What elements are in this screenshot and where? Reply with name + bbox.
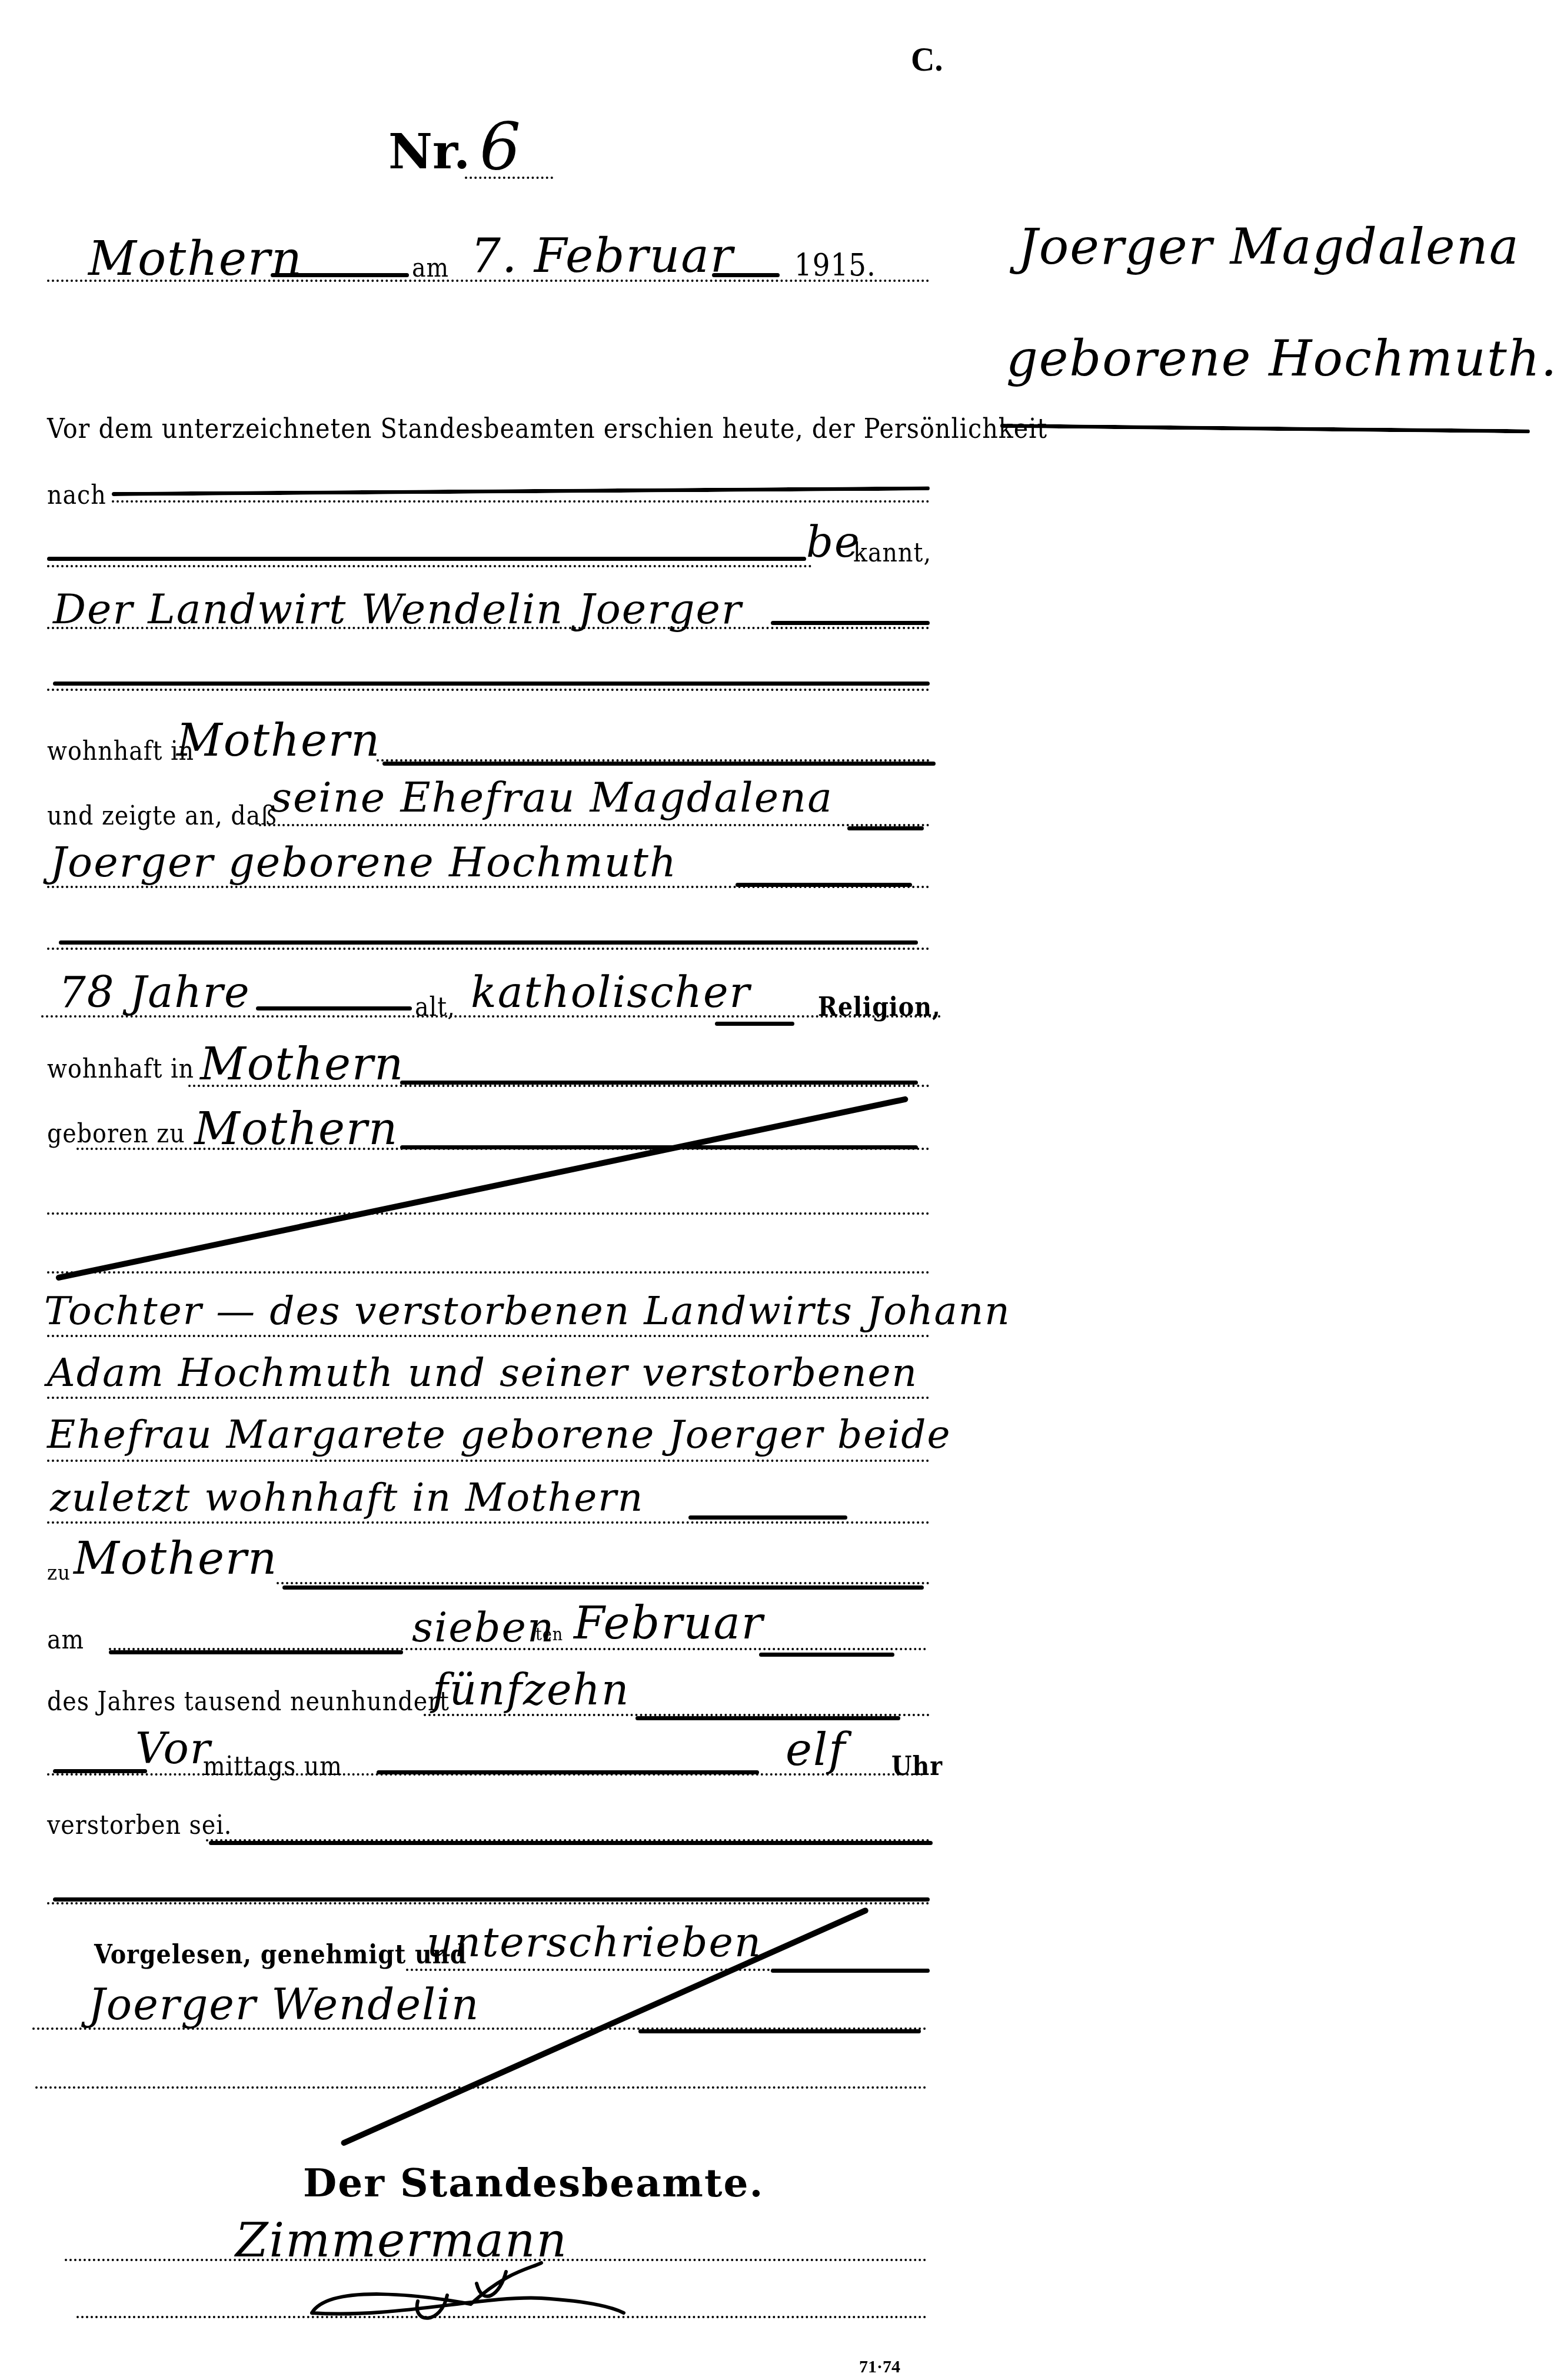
vorgelesen-value: unterschrieben: [427, 1922, 762, 1963]
nach-rule: [112, 486, 930, 496]
blank-dotted-line-6: [35, 2086, 927, 2089]
header-am-label: am: [412, 255, 449, 281]
zu-label: zu: [47, 1563, 71, 1584]
informant-signature: Joerger Wendelin: [88, 1983, 480, 2026]
bekannt-label: kannt,: [853, 540, 931, 566]
blank-dotted-line-5: [47, 1902, 930, 1904]
death-hour: elf: [786, 1727, 846, 1772]
mittags-rule-left: [53, 1769, 147, 1773]
birthplace: Mothern: [194, 1106, 398, 1151]
deceased-rule: [736, 883, 912, 887]
informant-residence: Mothern: [177, 718, 381, 763]
informant-signature-rule: [638, 2029, 921, 2033]
parents-dotted-line-3: [47, 1460, 930, 1462]
wohnhaft-rule: [382, 762, 936, 766]
wohnhaft-label: wohnhaft in: [47, 739, 194, 764]
wohnhaft2-label: wohnhaft in: [47, 1056, 194, 1082]
religion-value: katholischer: [471, 971, 751, 1013]
zeigte-dotted-line: [259, 824, 930, 826]
parents-line1: Tochter — des verstorbenen Landwirts Joh…: [44, 1292, 1011, 1331]
death-year-words: fünfzehn: [432, 1668, 630, 1711]
form-number: 71·74: [859, 2357, 900, 2377]
death-am-label: am: [47, 1627, 84, 1653]
vorgelesen-rule: [771, 1969, 930, 1973]
margin-note-line1: Joerger Magdalena: [1018, 218, 1520, 275]
parents-line3: Ehefrau Margarete geborene Joerger beide: [47, 1415, 951, 1454]
nach-label: nach: [47, 483, 107, 508]
age: 78 Jahre: [59, 971, 251, 1013]
bekannt-prefix: be: [806, 521, 861, 563]
deceased-residence: Mothern: [200, 1042, 404, 1086]
parents-dotted-line-1: [47, 1335, 930, 1337]
death-day: sieben: [412, 1607, 555, 1648]
form-letter: C.: [911, 41, 943, 79]
margin-note-underline: [1000, 424, 1530, 433]
nach-dotted-line: [112, 500, 930, 503]
uhr-label: Uhr: [891, 1754, 943, 1780]
ten-label: ten: [535, 1624, 563, 1645]
parents-line4: zuletzt wohnhaft in Mothern: [50, 1478, 644, 1517]
deceased-line1: seine Ehefrau Magdalena: [271, 777, 833, 818]
age-rule: [256, 1006, 412, 1010]
record-number-label: Nr.: [388, 124, 470, 180]
deceased-line2: Joerger geborene Hochmuth: [50, 842, 677, 883]
parents-line2: Adam Hochmuth und seiner verstorbenen: [47, 1354, 918, 1392]
zeigte-rule: [847, 826, 924, 830]
religion-label: Religion,: [818, 995, 941, 1021]
intro-text: Vor dem unterzeichneten Standesbeamten e…: [47, 415, 1047, 442]
death-place: Mothern: [74, 1536, 278, 1581]
blank-rule-2: [59, 940, 918, 945]
parents-dotted-line-2: [47, 1397, 930, 1399]
death-month: Februar: [574, 1601, 764, 1646]
parents-rule: [688, 1515, 847, 1520]
zu-rule: [282, 1585, 924, 1590]
zeigte-label: und zeigte an, daß: [47, 803, 277, 829]
jahres-label: des Jahres tausend neunhundert: [47, 1689, 450, 1715]
mittags-label: mittags um: [203, 1754, 342, 1780]
informant-rule: [771, 621, 930, 625]
blank-dotted-line-7: [76, 2316, 927, 2318]
blank-dotted-line-2: [47, 948, 930, 950]
official-heading: Der Standesbeamte.: [303, 2160, 764, 2206]
bekannt-rule: [47, 557, 806, 561]
header-fill-rule-2: [712, 273, 780, 277]
header-year: 1915.: [794, 250, 876, 281]
blank-dotted-line-1: [47, 689, 930, 691]
parents-dotted-line-4: [47, 1521, 930, 1524]
record-number: 6: [480, 109, 522, 184]
header-fill-rule: [271, 273, 409, 277]
geboren-label: geboren zu: [47, 1121, 185, 1147]
record-number-dotted-line: [465, 177, 553, 179]
zu-dotted-line: [277, 1582, 930, 1584]
blank-rule-1: [53, 682, 930, 686]
verstorben-label: verstorben sei.: [47, 1813, 232, 1839]
wohnhaft2-rule: [400, 1081, 918, 1085]
mittags-rule-right: [377, 1770, 759, 1774]
vormittag-value: Vor: [135, 1727, 211, 1770]
civil-death-register-page: C. Nr. 6 Mothern am 7. Februar 1915. Joe…: [0, 0, 1564, 2380]
jahres-rule: [635, 1716, 900, 1720]
margin-note-line2: geborene Hochmuth.: [1006, 330, 1558, 387]
death-am-rule: [109, 1650, 403, 1654]
bekannt-dotted-line: [47, 565, 812, 567]
verstorben-rule: [209, 1841, 933, 1845]
informant: Der Landwirt Wendelin Joerger: [53, 589, 742, 630]
signature-flourish: [306, 2260, 635, 2325]
blank-rule-5: [53, 1897, 930, 1902]
vorgelesen-label: Vorgelesen, genehmigt und: [94, 1942, 467, 1968]
blank-dotted-line-3: [47, 1212, 930, 1215]
alt-label: alt,: [415, 995, 455, 1021]
blank-dotted-line-4: [47, 1271, 930, 1274]
death-month-rule: [759, 1653, 894, 1657]
religion-rule: [715, 1022, 794, 1026]
header-date: 7. Februar: [471, 232, 734, 280]
